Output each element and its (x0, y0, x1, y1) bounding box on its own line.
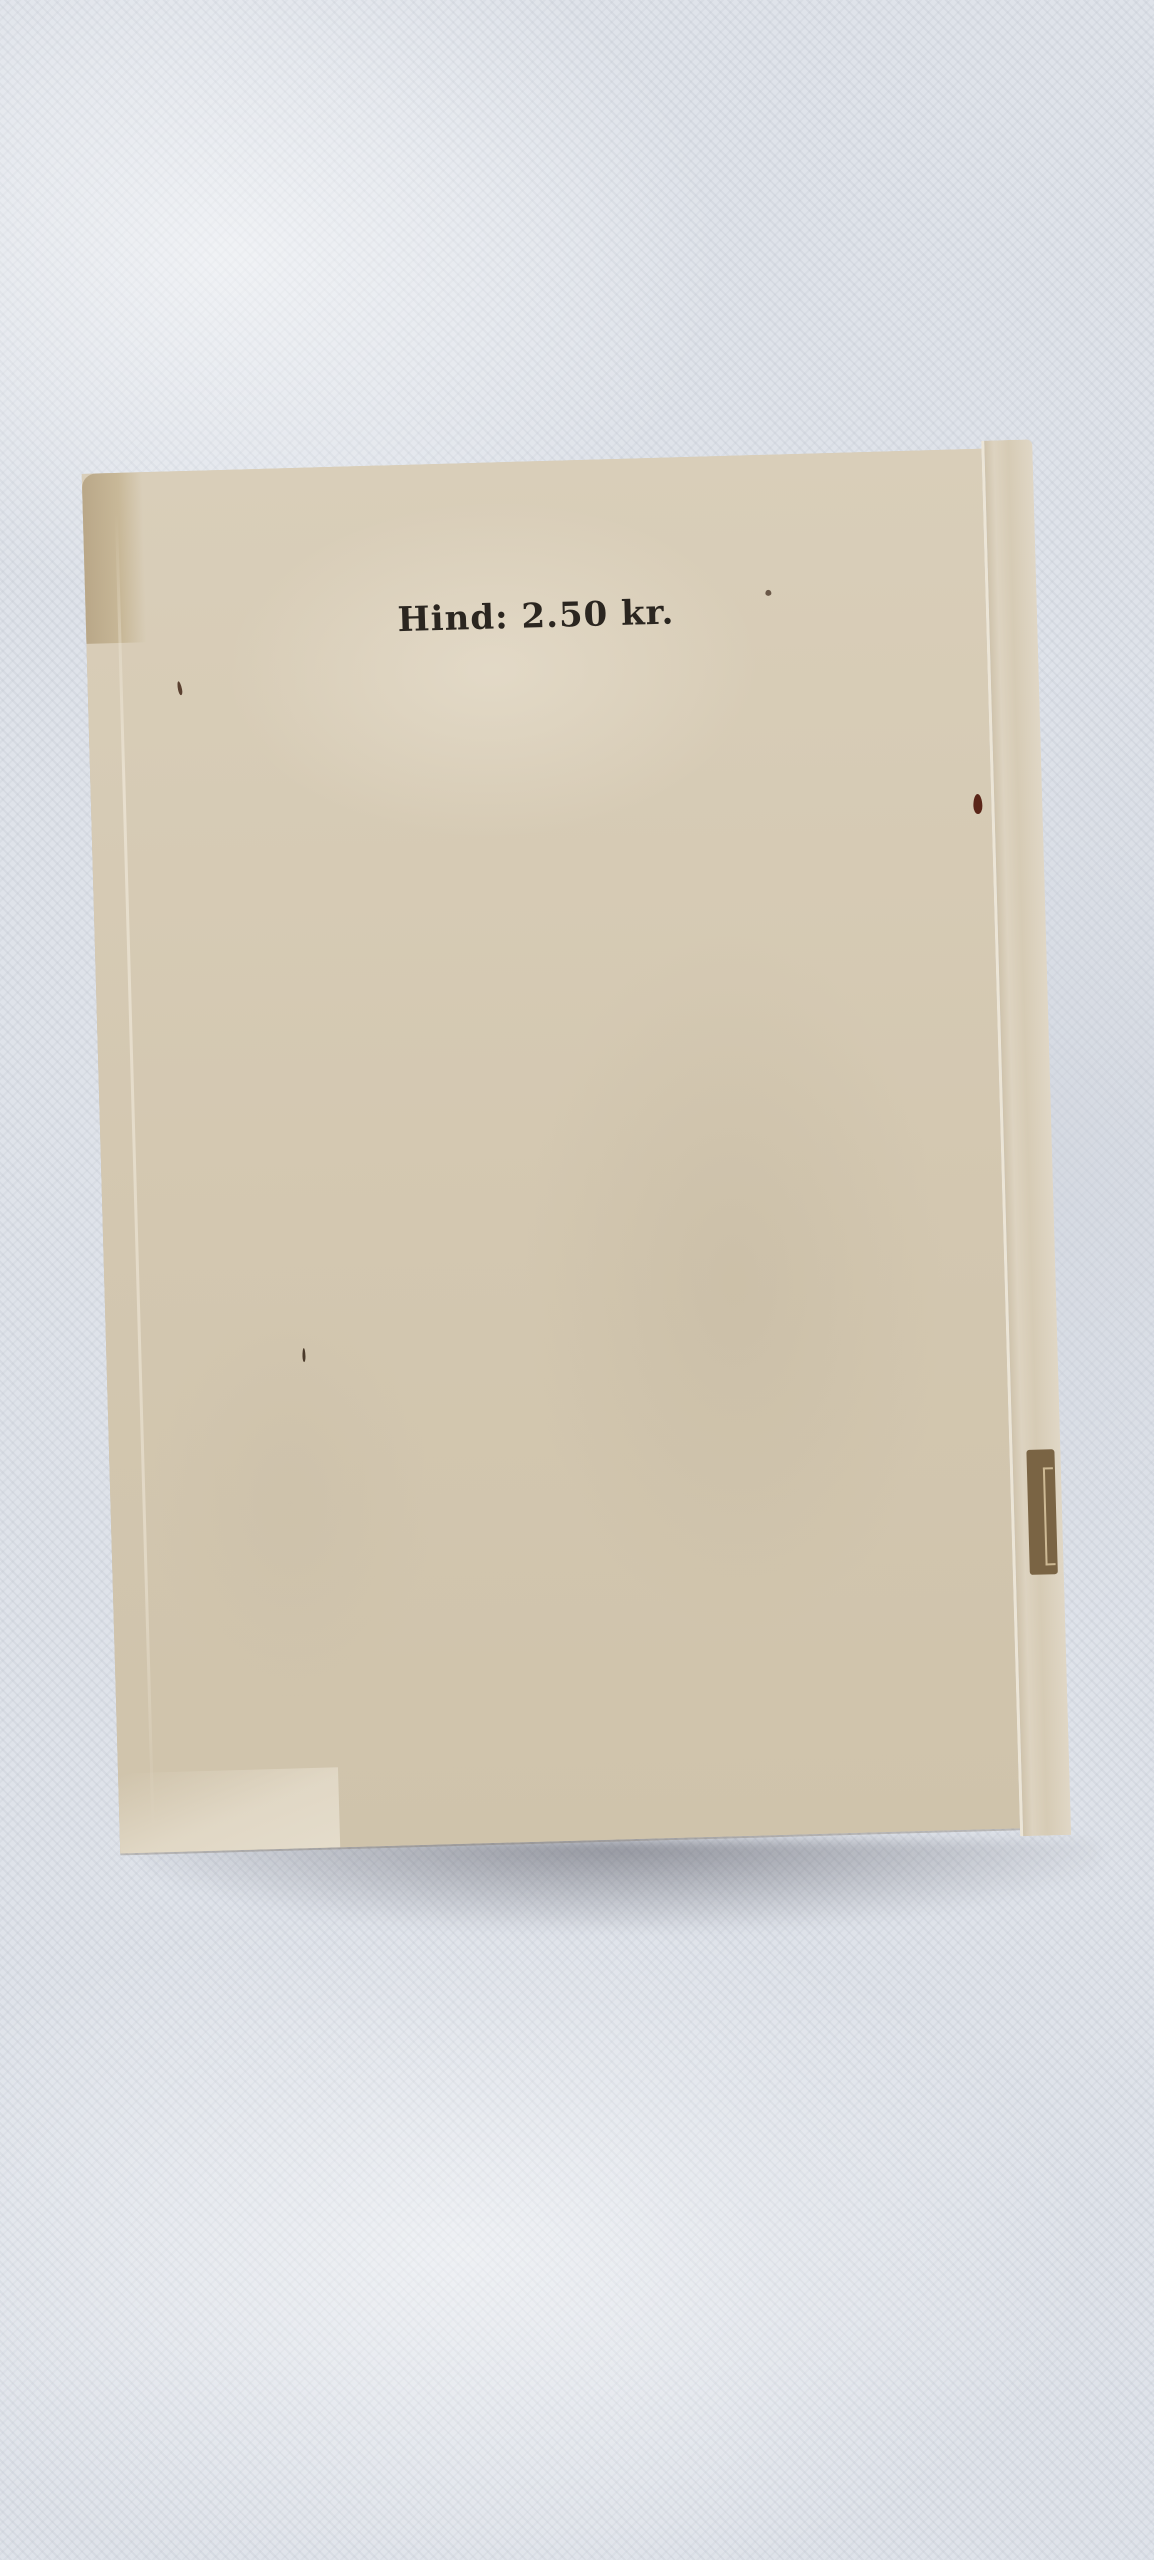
price-label: Hind: 2.50 kr. (86, 584, 987, 649)
back-cover: Hind: 2.50 kr. (82, 449, 1020, 1854)
stain-speck (302, 1348, 305, 1362)
spine-label (1026, 1449, 1057, 1575)
worn-corner-bottom-left (118, 1767, 340, 1853)
spine-label-frame (1043, 1467, 1056, 1565)
stain-speck (765, 590, 771, 596)
book: Hind: 2.50 kr. (79, 347, 1101, 1894)
stain-speck (176, 681, 183, 696)
cover-crease (115, 513, 155, 1833)
stain-speck (973, 794, 983, 814)
